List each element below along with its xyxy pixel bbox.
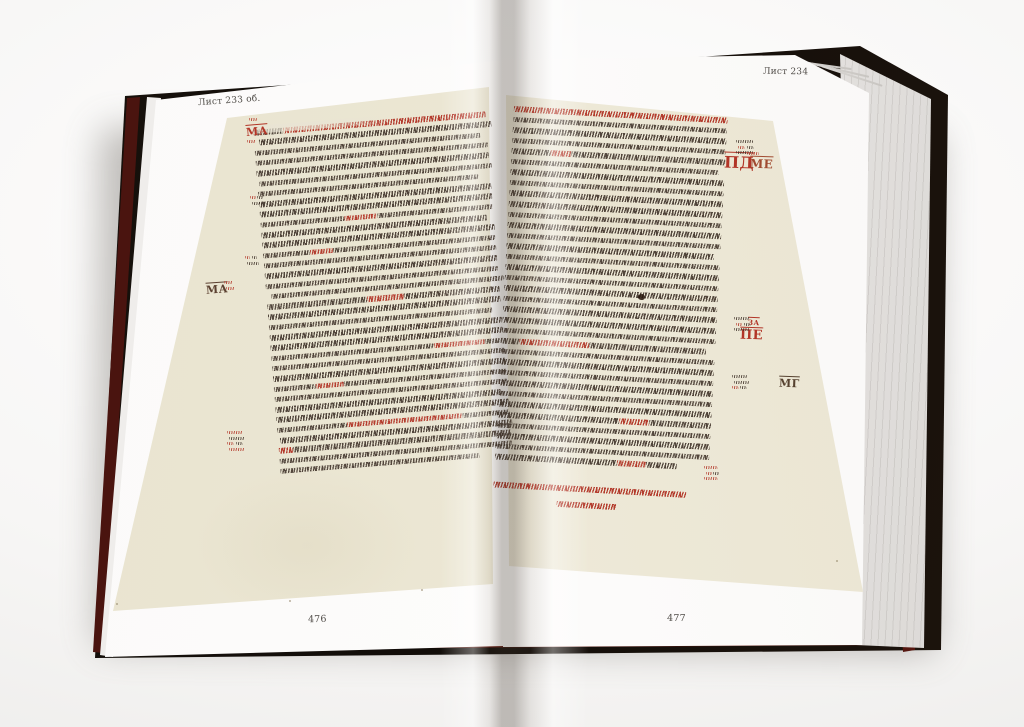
margin-note xyxy=(257,196,263,199)
margin-note xyxy=(247,262,259,265)
manuscript-text-left xyxy=(253,111,485,130)
margin-note xyxy=(734,317,749,320)
page-number-left: 476 xyxy=(308,614,327,625)
margin-note xyxy=(252,202,265,205)
fanned-page-edge xyxy=(821,65,882,86)
margin-note xyxy=(224,281,233,284)
margin-section-number: МЕ xyxy=(750,158,774,171)
margin-note xyxy=(747,152,759,155)
margin-note xyxy=(734,381,749,384)
margin-note xyxy=(229,437,245,440)
margin-note xyxy=(734,328,749,331)
rubric-red-ink xyxy=(550,150,572,157)
margin-note xyxy=(236,442,243,445)
margin-note xyxy=(732,386,739,389)
margin-note xyxy=(252,256,257,259)
margin-note xyxy=(732,375,747,378)
margin-section-number: МА xyxy=(246,125,269,138)
margin-note xyxy=(245,256,250,259)
speck xyxy=(836,560,838,562)
margin-note xyxy=(229,448,245,451)
folio-label-left: Лист 233 об. xyxy=(198,94,261,108)
margin-note xyxy=(713,472,719,475)
margin-note xyxy=(736,323,743,326)
margin-note xyxy=(226,287,235,290)
speck xyxy=(116,603,118,605)
margin-note xyxy=(744,323,751,326)
margin-note xyxy=(747,146,755,149)
margin-note xyxy=(740,386,747,389)
speck xyxy=(421,589,423,591)
margin-section-number: МА xyxy=(206,283,229,296)
margin-note xyxy=(704,466,718,469)
margin-note xyxy=(249,118,257,121)
margin-note xyxy=(227,442,234,445)
margin-section-number: МГ xyxy=(779,378,800,390)
open-book-photo: МАМАПДМЕЗАПЕМГ Лист 233 об. Лист 234 476… xyxy=(0,0,1024,727)
margin-note xyxy=(706,472,712,475)
margin-note xyxy=(227,431,243,434)
black-ink xyxy=(501,338,520,345)
rubric-red-ink xyxy=(279,447,293,454)
margin-note xyxy=(250,196,256,199)
margin-note xyxy=(704,477,718,480)
margin-note xyxy=(738,146,746,149)
manuscript-text-right xyxy=(514,106,728,118)
margin-note xyxy=(247,140,256,143)
speck xyxy=(289,600,291,602)
folio-label-right: Лист 234 xyxy=(763,67,808,78)
margin-note xyxy=(736,140,753,143)
page-number-right: 477 xyxy=(667,613,686,624)
